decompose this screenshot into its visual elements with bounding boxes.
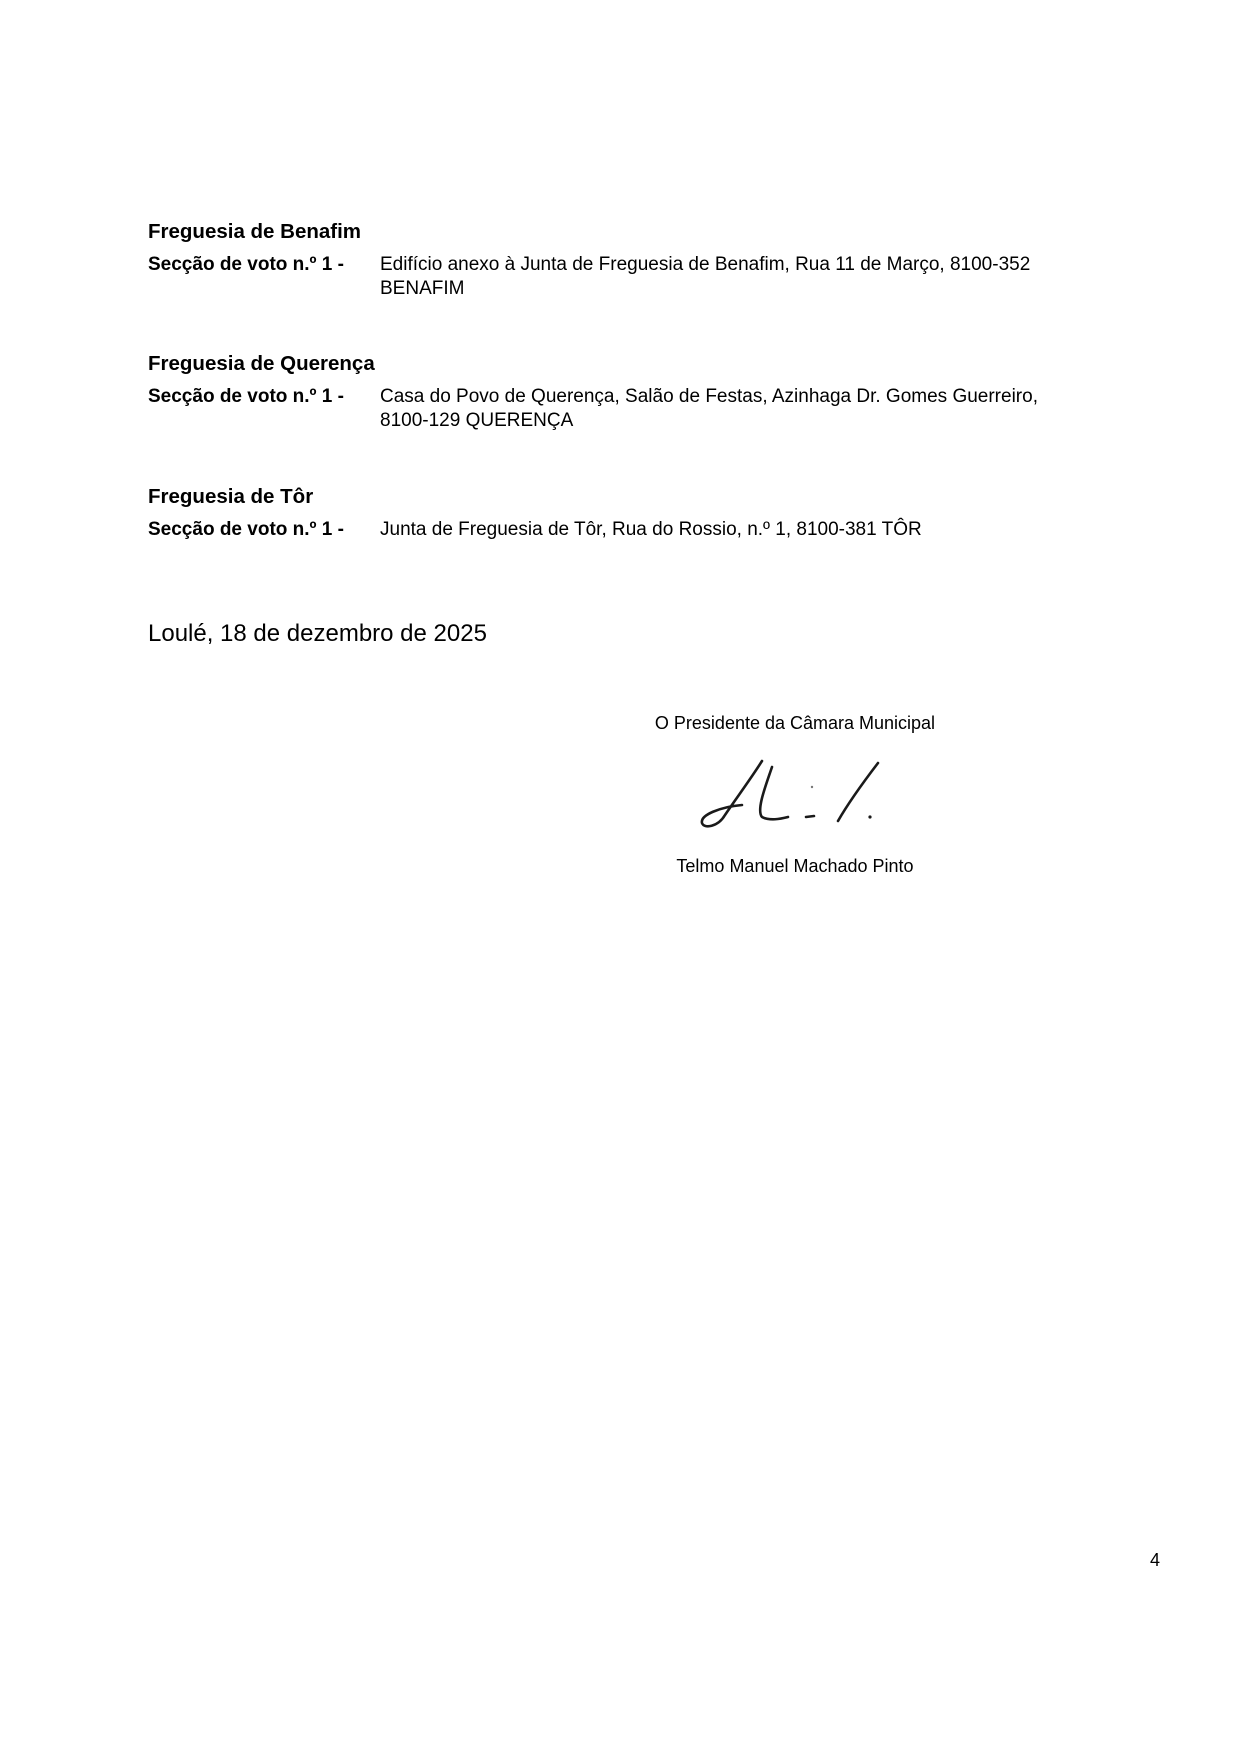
freguesia-title: Freguesia de Querença (148, 352, 1108, 376)
voting-section-address: Junta de Freguesia de Tôr, Rua do Rossio… (380, 518, 1108, 542)
freguesia-title: Freguesia de Tôr (148, 485, 1108, 509)
voting-section-address: Casa do Povo de Querença, Salão de Festa… (380, 385, 1108, 433)
voting-section-label: Secção de voto n.º 1 - (148, 385, 380, 433)
voting-section-label: Secção de voto n.º 1 - (148, 253, 380, 301)
signature-icon (690, 755, 910, 835)
voting-section-row: Secção de voto n.º 1 - Junta de Freguesi… (148, 518, 1108, 542)
voting-section-address: Edifício anexo à Junta de Freguesia de B… (380, 253, 1108, 301)
voting-section-row: Secção de voto n.º 1 - Casa do Povo de Q… (148, 385, 1108, 433)
signatory-title: O Presidente da Câmara Municipal (600, 712, 990, 734)
voting-section-label: Secção de voto n.º 1 - (148, 518, 380, 542)
address-line-2: 8100-129 QUERENÇA (380, 410, 573, 431)
section-tor: Freguesia de Tôr Secção de voto n.º 1 - … (148, 485, 1108, 542)
address-line-2: BENAFIM (380, 278, 464, 299)
place-date: Loulé, 18 de dezembro de 2025 (148, 620, 487, 648)
section-querenca: Freguesia de Querença Secção de voto n.º… (148, 352, 1108, 433)
page-number: 4 (1150, 1549, 1160, 1571)
section-benafim: Freguesia de Benafim Secção de voto n.º … (148, 220, 1108, 301)
address-line-1: Casa do Povo de Querença, Salão de Festa… (380, 386, 1038, 407)
signatory-name: Telmo Manuel Machado Pinto (600, 855, 990, 877)
voting-section-row: Secção de voto n.º 1 - Edifício anexo à … (148, 253, 1108, 301)
address-line-1: Edifício anexo à Junta de Freguesia de B… (380, 254, 1030, 275)
freguesia-title: Freguesia de Benafim (148, 220, 1108, 244)
